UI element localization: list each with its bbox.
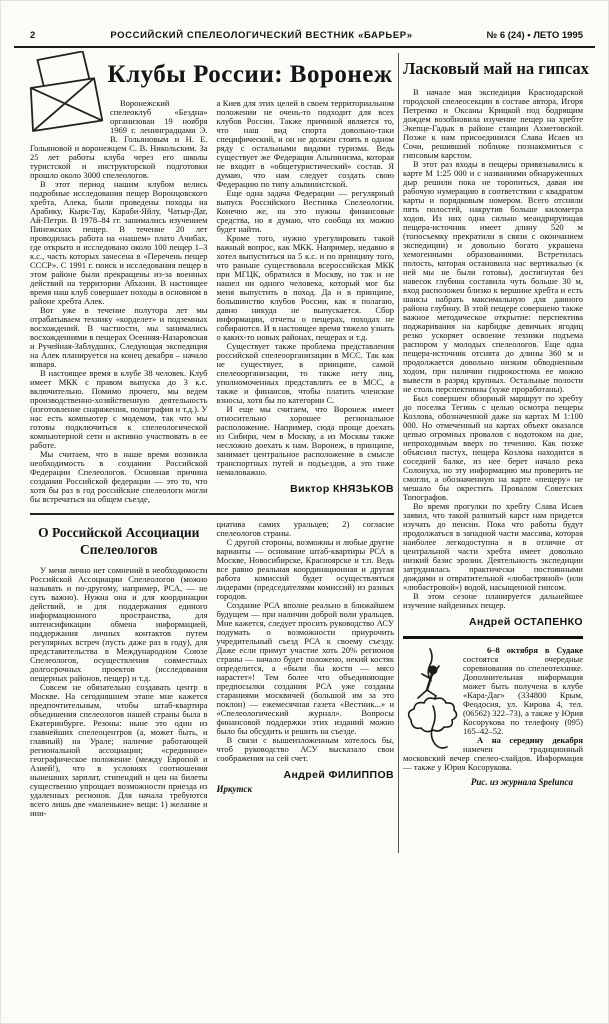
article2-title: О Российской Ассоциации Спелеологов bbox=[36, 524, 202, 559]
caver-on-rope-icon bbox=[403, 648, 459, 750]
announcement-box: 6–8 октября в Судаке состоятся очередные… bbox=[403, 646, 583, 787]
paragraph: Во время прогулки по хребту Слава Исаев … bbox=[403, 502, 583, 592]
paragraph: Совсем не обязательно создавать центр в … bbox=[30, 683, 208, 818]
article2-col2: циатива самих уральцев; 2) согласие спел… bbox=[217, 520, 395, 818]
article2-col1: О Российской Ассоциации Спелеологов У ме… bbox=[30, 520, 208, 818]
paragraph: С другой стороны, возможны и любые други… bbox=[217, 538, 395, 601]
paragraph: Кроме того, нужно урегулировать такой ва… bbox=[217, 234, 395, 342]
column-divider-rule bbox=[398, 53, 399, 853]
issue-info: № 6 (24) • ЛЕТО 1995 bbox=[453, 30, 583, 41]
envelope-icon bbox=[24, 51, 104, 133]
paragraph: В начале мая экспедиция Краснодарской го… bbox=[403, 88, 583, 160]
section-divider-rule bbox=[30, 513, 394, 515]
paragraph: циатива самих уральцев; 2) согласие спел… bbox=[217, 520, 395, 538]
article1-col2: а Киев для этих целей в своем территориа… bbox=[217, 99, 395, 504]
newsletter-title: РОССИЙСКИЙ СПЕЛЕОЛОГИЧЕСКИЙ ВЕСТНИК «БАР… bbox=[70, 30, 453, 41]
article3-signature: Андрей ОСТАПЕНКО bbox=[403, 616, 583, 628]
paragraph: В связи с вышеизложенным хотелось бы, чт… bbox=[217, 736, 395, 763]
paragraph: В этом сезоне планируется дальнейшее изу… bbox=[403, 592, 583, 610]
article1-title: Клубы России: Воронеж bbox=[106, 53, 394, 89]
paragraph: Существует также проблема представления … bbox=[217, 342, 395, 405]
announcement-divider-rule bbox=[403, 636, 583, 639]
article2-columns: О Российской Ассоциации Спелеологов У ме… bbox=[30, 520, 394, 818]
paragraph: И еще мы считаем, что Воронеж имеет отно… bbox=[217, 405, 395, 477]
article1-header: Клубы России: Воронеж bbox=[30, 53, 394, 99]
paragraph: Мы считаем, что в наше время возникла не… bbox=[30, 450, 208, 504]
article3-title: Ласковый май на гипсах bbox=[403, 59, 583, 79]
newspaper-page: 2 РОССИЙСКИЙ СПЕЛЕОЛОГИЧЕСКИЙ ВЕСТНИК «Б… bbox=[0, 0, 609, 1024]
main-articles-region: Клубы России: Воронеж Воронежский спелео… bbox=[30, 53, 394, 853]
article1-columns: Воронежский спелеоклуб «Бездна» организо… bbox=[30, 99, 394, 504]
page-number: 2 bbox=[30, 30, 70, 41]
article2-signature: Андрей ФИЛИППОВ bbox=[217, 769, 395, 781]
paragraph: Был совершен обзорный маршрут по хребту … bbox=[403, 394, 583, 502]
right-column-region: Ласковый май на гипсах В начале мая эксп… bbox=[403, 53, 583, 853]
paragraph: В этот период нашим клубом велись подроб… bbox=[30, 180, 208, 306]
paragraph: Еще одна задача Федерации — регулярный в… bbox=[217, 189, 395, 234]
article1-col1: Воронежский спелеоклуб «Бездна» организо… bbox=[30, 99, 208, 504]
paragraph: Вот уже в течение полутора лет мы отраба… bbox=[30, 306, 208, 369]
paragraph: У меня лично нет сомнений в необходимост… bbox=[30, 566, 208, 683]
paragraph: В этот раз входы в пещеры привязывались … bbox=[403, 160, 583, 394]
paragraph: Создание РСА вполне реально в ближайшем … bbox=[217, 601, 395, 736]
article2-signature-city: Иркутск bbox=[217, 784, 395, 794]
article1-signature: Виктор КНЯЗЬКОВ bbox=[217, 483, 395, 495]
paragraph: В настоящее время в клубе 38 человек. Кл… bbox=[30, 369, 208, 450]
paragraph: а Киев для этих целей в своем территориа… bbox=[217, 99, 395, 189]
page-content: Клубы России: Воронеж Воронежский спелео… bbox=[30, 53, 583, 853]
illustration-credit: Рис. из журнала Spelunca bbox=[403, 777, 583, 787]
page-header: 2 РОССИЙСКИЙ СПЕЛЕОЛОГИЧЕСКИЙ ВЕСТНИК «Б… bbox=[30, 30, 583, 41]
header-rule bbox=[14, 46, 595, 48]
